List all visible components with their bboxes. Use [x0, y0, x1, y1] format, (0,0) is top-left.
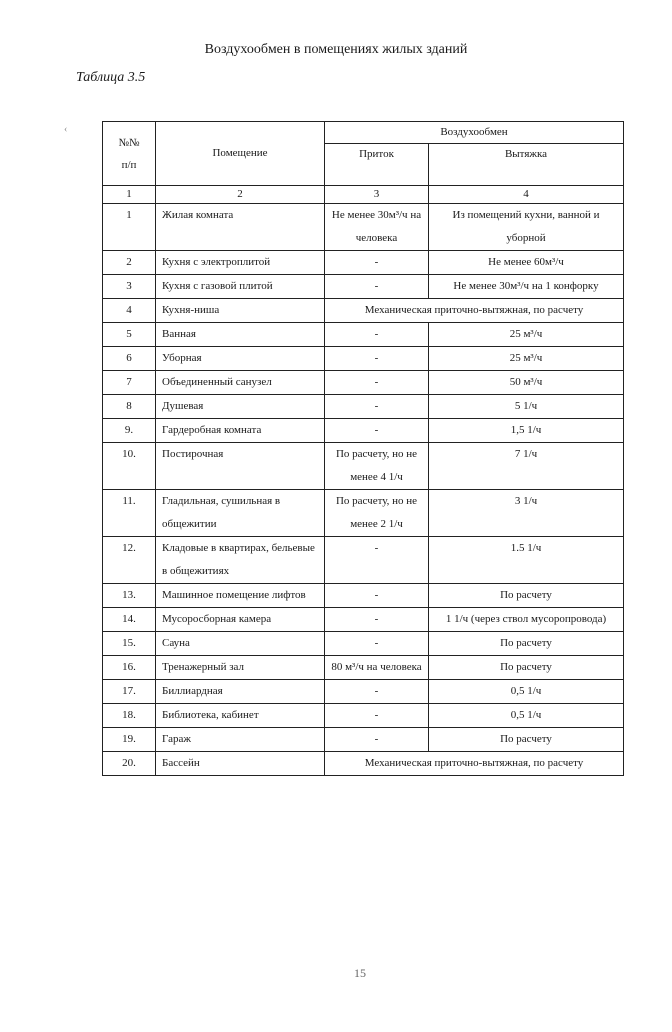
table-row: 14.Мусоросборная камера-1 1/ч (через ств… — [103, 608, 624, 632]
room-name: Сауна — [156, 632, 325, 656]
exhaust-value: 25 м³/ч — [429, 323, 624, 347]
header-num-line1: №№ — [109, 132, 149, 154]
table-row: 5Ванная-25 м³/ч — [103, 323, 624, 347]
supply-value: - — [325, 704, 429, 728]
row-number: 11. — [103, 490, 156, 537]
table-row: 15.Сауна-По расчету — [103, 632, 624, 656]
document-title: Воздухообмен в помещениях жилых зданий — [0, 42, 672, 58]
table-row: 20.БассейнМеханическая приточно-вытяжная… — [103, 752, 624, 776]
supply-value: - — [325, 371, 429, 395]
supply-value: 80 м³/ч на человека — [325, 656, 429, 680]
column-number: 4 — [429, 186, 624, 204]
row-number: 12. — [103, 537, 156, 584]
margin-mark: ‹ — [64, 124, 67, 135]
table-row: 6Уборная-25 м³/ч — [103, 347, 624, 371]
row-number: 4 — [103, 299, 156, 323]
room-name: Ванная — [156, 323, 325, 347]
table-row: 4Кухня-нишаМеханическая приточно-вытяжна… — [103, 299, 624, 323]
header-supply: Приток — [325, 144, 429, 186]
supply-value: По расчету, но не менее 4 1/ч — [325, 443, 429, 490]
supply-value: - — [325, 584, 429, 608]
header-num: №№ п/п — [103, 122, 156, 186]
room-name: Гараж — [156, 728, 325, 752]
row-number: 5 — [103, 323, 156, 347]
supply-value: - — [325, 323, 429, 347]
header-room: Помещение — [156, 122, 325, 186]
supply-value: Не менее 30м³/ч на человека — [325, 204, 429, 251]
row-number: 15. — [103, 632, 156, 656]
row-number: 9. — [103, 419, 156, 443]
exhaust-value: 1.5 1/ч — [429, 537, 624, 584]
room-name: Тренажерный зал — [156, 656, 325, 680]
row-number: 1 — [103, 204, 156, 251]
exhaust-value: 25 м³/ч — [429, 347, 624, 371]
exhaust-value: 1,5 1/ч — [429, 419, 624, 443]
room-name: Постирочная — [156, 443, 325, 490]
supply-value: По расчету, но не менее 2 1/ч — [325, 490, 429, 537]
supply-value: - — [325, 251, 429, 275]
exhaust-value: Не менее 60м³/ч — [429, 251, 624, 275]
row-number: 18. — [103, 704, 156, 728]
table-row: 17.Биллиардная-0,5 1/ч — [103, 680, 624, 704]
table-row: 11.Гладильная, сушильная в общежитииПо р… — [103, 490, 624, 537]
row-number: 2 — [103, 251, 156, 275]
table-row: 16.Тренажерный зал80 м³/ч на человекаПо … — [103, 656, 624, 680]
room-name: Гладильная, сушильная в общежитии — [156, 490, 325, 537]
supply-value: - — [325, 395, 429, 419]
room-name: Объединенный санузел — [156, 371, 325, 395]
exhaust-value: Из помещений кухни, ванной и уборной — [429, 204, 624, 251]
table-row: 19.Гараж-По расчету — [103, 728, 624, 752]
table-row: 7Объединенный санузел-50 м³/ч — [103, 371, 624, 395]
table-row: 10.ПостирочнаяПо расчету, но не менее 4 … — [103, 443, 624, 490]
supply-value: - — [325, 537, 429, 584]
exhaust-value: По расчету — [429, 584, 624, 608]
table-row: 18.Библиотека, кабинет-0,5 1/ч — [103, 704, 624, 728]
header-air-exchange: Воздухообмен — [325, 122, 624, 144]
exhaust-value: По расчету — [429, 728, 624, 752]
exhaust-value: По расчету — [429, 656, 624, 680]
exhaust-value: 7 1/ч — [429, 443, 624, 490]
supply-value: - — [325, 275, 429, 299]
room-name: Гардеробная комната — [156, 419, 325, 443]
room-name: Бассейн — [156, 752, 325, 776]
exhaust-value: 1 1/ч (через ствол мусоропровода) — [429, 608, 624, 632]
exhaust-value: 0,5 1/ч — [429, 680, 624, 704]
exhaust-value: По расчету — [429, 632, 624, 656]
row-number: 3 — [103, 275, 156, 299]
column-number: 3 — [325, 186, 429, 204]
room-name: Кухня с газовой плитой — [156, 275, 325, 299]
table-row: 2Кухня с электроплитой-Не менее 60м³/ч — [103, 251, 624, 275]
table-row: 1Жилая комнатаНе менее 30м³/ч на человек… — [103, 204, 624, 251]
room-name: Кухня с электроплитой — [156, 251, 325, 275]
table-row: 3Кухня с газовой плитой-Не менее 30м³/ч … — [103, 275, 624, 299]
row-number: 14. — [103, 608, 156, 632]
table-row: 8Душевая-5 1/ч — [103, 395, 624, 419]
row-number: 10. — [103, 443, 156, 490]
room-name: Кладовые в квартирах, бельевые в общежит… — [156, 537, 325, 584]
room-name: Уборная — [156, 347, 325, 371]
room-name: Библиотека, кабинет — [156, 704, 325, 728]
supply-value: - — [325, 419, 429, 443]
table-label: Таблица 3.5 — [76, 70, 145, 86]
exhaust-value: Не менее 30м³/ч на 1 конфорку — [429, 275, 624, 299]
header-exhaust: Вытяжка — [429, 144, 624, 186]
row-number: 19. — [103, 728, 156, 752]
supply-value: - — [325, 632, 429, 656]
merged-air-exchange: Механическая приточно-вытяжная, по расче… — [325, 299, 624, 323]
exhaust-value: 5 1/ч — [429, 395, 624, 419]
row-number: 8 — [103, 395, 156, 419]
room-name: Мусоросборная камера — [156, 608, 325, 632]
row-number: 16. — [103, 656, 156, 680]
supply-value: - — [325, 608, 429, 632]
header-num-line2: п/п — [109, 154, 149, 176]
air-exchange-table: №№ п/п Помещение Воздухообмен Приток Выт… — [102, 121, 624, 776]
row-number: 13. — [103, 584, 156, 608]
column-number: 1 — [103, 186, 156, 204]
row-number: 6 — [103, 347, 156, 371]
row-number: 7 — [103, 371, 156, 395]
column-number: 2 — [156, 186, 325, 204]
merged-air-exchange: Механическая приточно-вытяжная, по расче… — [325, 752, 624, 776]
supply-value: - — [325, 680, 429, 704]
exhaust-value: 0,5 1/ч — [429, 704, 624, 728]
supply-value: - — [325, 347, 429, 371]
room-name: Биллиардная — [156, 680, 325, 704]
table-row: 9.Гардеробная комната-1,5 1/ч — [103, 419, 624, 443]
exhaust-value: 3 1/ч — [429, 490, 624, 537]
room-name: Душевая — [156, 395, 325, 419]
exhaust-value: 50 м³/ч — [429, 371, 624, 395]
column-numbers-row: 1 2 3 4 — [103, 186, 624, 204]
room-name: Машинное помещение лифтов — [156, 584, 325, 608]
table-body: 1Жилая комнатаНе менее 30м³/ч на человек… — [103, 204, 624, 776]
page-number: 15 — [0, 966, 672, 981]
table-row: 12.Кладовые в квартирах, бельевые в обще… — [103, 537, 624, 584]
table-row: 13.Машинное помещение лифтов-По расчету — [103, 584, 624, 608]
row-number: 17. — [103, 680, 156, 704]
supply-value: - — [325, 728, 429, 752]
row-number: 20. — [103, 752, 156, 776]
room-name: Жилая комната — [156, 204, 325, 251]
room-name: Кухня-ниша — [156, 299, 325, 323]
